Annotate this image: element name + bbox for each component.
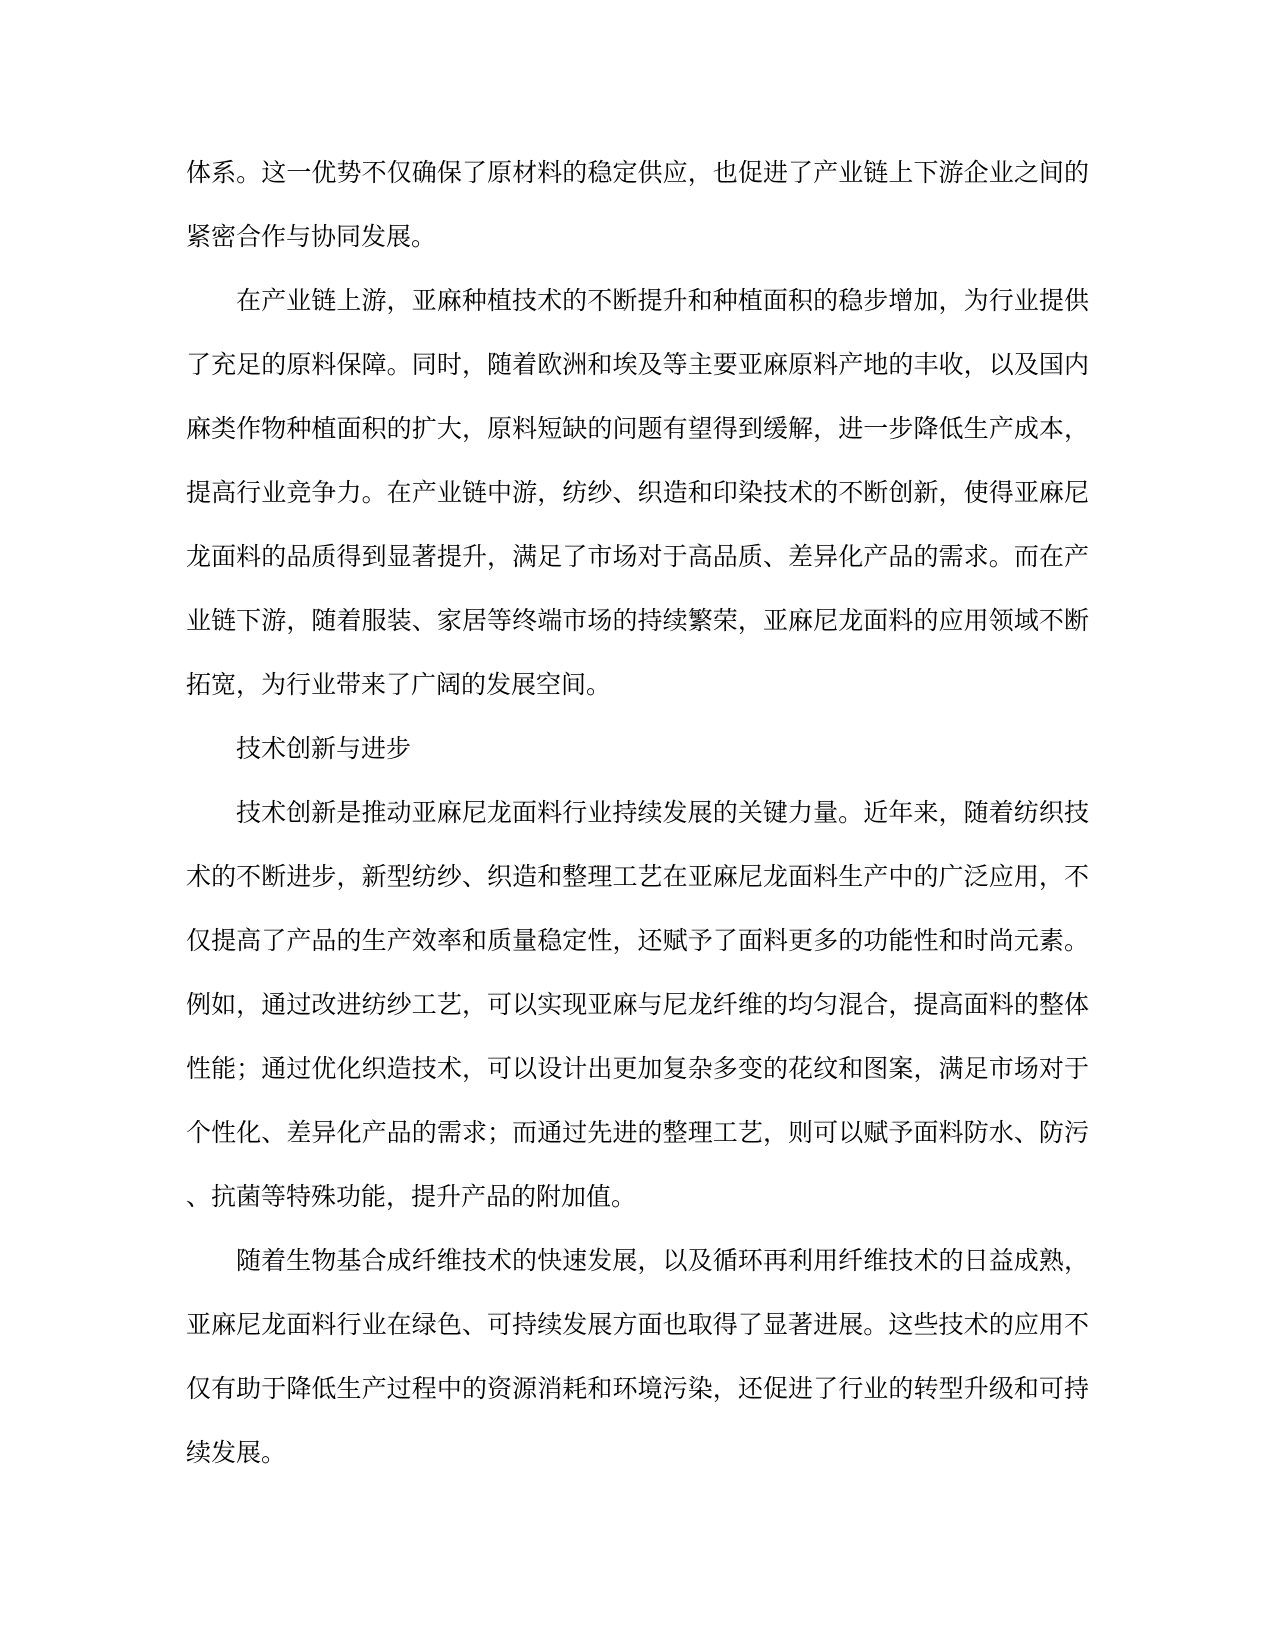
text-line: 紧密合作与协同发展。 [186, 205, 1089, 269]
paragraph-industry-chain: 在产业链上游，亚麻种植技术的不断提升和种植面积的稳步增加，为行业提供 了充足的原… [186, 269, 1089, 717]
text-line: 仅提高了产品的生产效率和质量稳定性，还赋予了面料更多的功能性和时尚元素。 [186, 909, 1089, 973]
text-line: 仅有助于降低生产过程中的资源消耗和环境污染，还促进了行业的转型升级和可持 [186, 1357, 1089, 1421]
document-page: 体系。这一优势不仅确保了原材料的稳定供应，也促进了产业链上下游企业之间的 紧密合… [0, 0, 1275, 1650]
paragraph-green-development: 随着生物基合成纤维技术的快速发展，以及循环再利用纤维技术的日益成熟， 亚麻尼龙面… [186, 1229, 1089, 1485]
text-line: 个性化、差异化产品的需求；而通过先进的整理工艺，则可以赋予面料防水、防污 [186, 1101, 1089, 1165]
text-line: 术的不断进步，新型纺纱、织造和整理工艺在亚麻尼龙面料生产中的广泛应用，不 [186, 845, 1089, 909]
text-line: 技术创新是推动亚麻尼龙面料行业持续发展的关键力量。近年来，随着纺织技 [186, 781, 1089, 845]
text-line: 随着生物基合成纤维技术的快速发展，以及循环再利用纤维技术的日益成熟， [186, 1229, 1089, 1293]
text-line: 亚麻尼龙面料行业在绿色、可持续发展方面也取得了显著进展。这些技术的应用不 [186, 1293, 1089, 1357]
subheading-line: 技术创新与进步 [186, 717, 1089, 781]
text-line: 例如，通过改进纺纱工艺，可以实现亚麻与尼龙纤维的均匀混合，提高面料的整体 [186, 973, 1089, 1037]
text-line: 业链下游，随着服装、家居等终端市场的持续繁荣，亚麻尼龙面料的应用领域不断 [186, 589, 1089, 653]
text-line: 提高行业竞争力。在产业链中游，纺纱、织造和印染技术的不断创新，使得亚麻尼 [186, 461, 1089, 525]
document-body: 体系。这一优势不仅确保了原材料的稳定供应，也促进了产业链上下游企业之间的 紧密合… [186, 141, 1089, 1485]
text-line: 在产业链上游，亚麻种植技术的不断提升和种植面积的稳步增加，为行业提供 [186, 269, 1089, 333]
text-line: 了充足的原料保障。同时，随着欧洲和埃及等主要亚麻原料产地的丰收，以及国内 [186, 333, 1089, 397]
text-line: 龙面料的品质得到显著提升，满足了市场对于高品质、差异化产品的需求。而在产 [186, 525, 1089, 589]
text-line: 体系。这一优势不仅确保了原材料的稳定供应，也促进了产业链上下游企业之间的 [186, 141, 1089, 205]
text-line: 续发展。 [186, 1421, 1089, 1485]
subheading-tech-innovation: 技术创新与进步 [186, 717, 1089, 781]
paragraph-tech-innovation: 技术创新是推动亚麻尼龙面料行业持续发展的关键力量。近年来，随着纺织技 术的不断进… [186, 781, 1089, 1229]
text-line: 性能；通过优化织造技术，可以设计出更加复杂多变的花纹和图案，满足市场对于 [186, 1037, 1089, 1101]
text-line: 、抗菌等特殊功能，提升产品的附加值。 [186, 1165, 1089, 1229]
text-line: 麻类作物种植面积的扩大，原料短缺的问题有望得到缓解，进一步降低生产成本， [186, 397, 1089, 461]
paragraph-continuation: 体系。这一优势不仅确保了原材料的稳定供应，也促进了产业链上下游企业之间的 紧密合… [186, 141, 1089, 269]
text-line: 拓宽，为行业带来了广阔的发展空间。 [186, 653, 1089, 717]
